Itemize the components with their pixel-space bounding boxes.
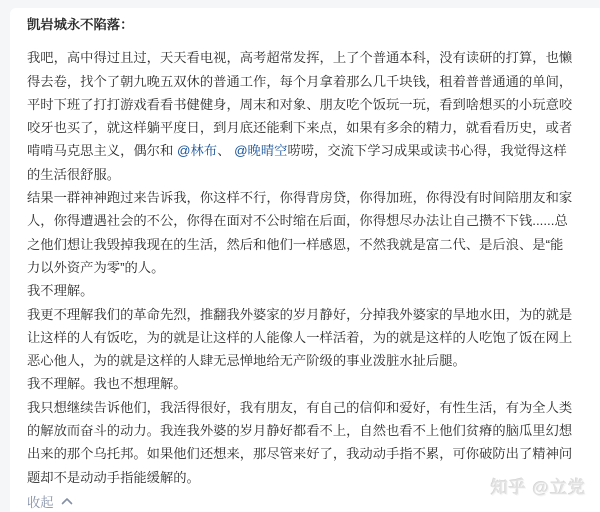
collapse-button[interactable]: 收起 [27, 492, 73, 511]
answer-paragraph-2: 结果一群神神跑过来告诉我，你这样不行，你得背房贷，你得加班，你得没有时间陪朋友和… [27, 186, 576, 279]
chevron-up-icon [61, 497, 73, 506]
collapse-label: 收起 [27, 492, 54, 511]
page-background: 凯岩城永不陷落： 我吧，高中得过且过，天天看电视，高考超常发挥，上了个普通本科，… [0, 0, 600, 512]
paragraph-text: 、 [217, 143, 234, 158]
answer-paragraph-6: 我只想继续告诉他们，我活得很好，我有朋友，有自己的信仰和爱好，有性生活，有为全人… [27, 396, 576, 489]
answer-paragraph-1: 我吧，高中得过且过，天天看电视，高考超常发挥，上了个普通本科，没有读研的打算，也… [27, 46, 576, 186]
answer-paragraph-3: 我不理解。 [27, 279, 576, 302]
mention-link-wanqingkong[interactable]: @晚晴空 [234, 143, 287, 158]
answer-opening-line: 凯岩城永不陷落： [27, 13, 576, 36]
mention-link-linbu[interactable]: @林布 [177, 143, 217, 158]
answer-paragraph-4: 我更不理解我们的革命先烈，推翻我外婆家的岁月静好，分掉我外婆家的旱地水田，为的就… [27, 303, 576, 373]
answer-paragraph-5: 我不理解。我也不想理解。 [27, 372, 576, 395]
answer-card: 凯岩城永不陷落： 我吧，高中得过且过，天天看电视，高考超常发挥，上了个普通本科，… [10, 8, 600, 512]
